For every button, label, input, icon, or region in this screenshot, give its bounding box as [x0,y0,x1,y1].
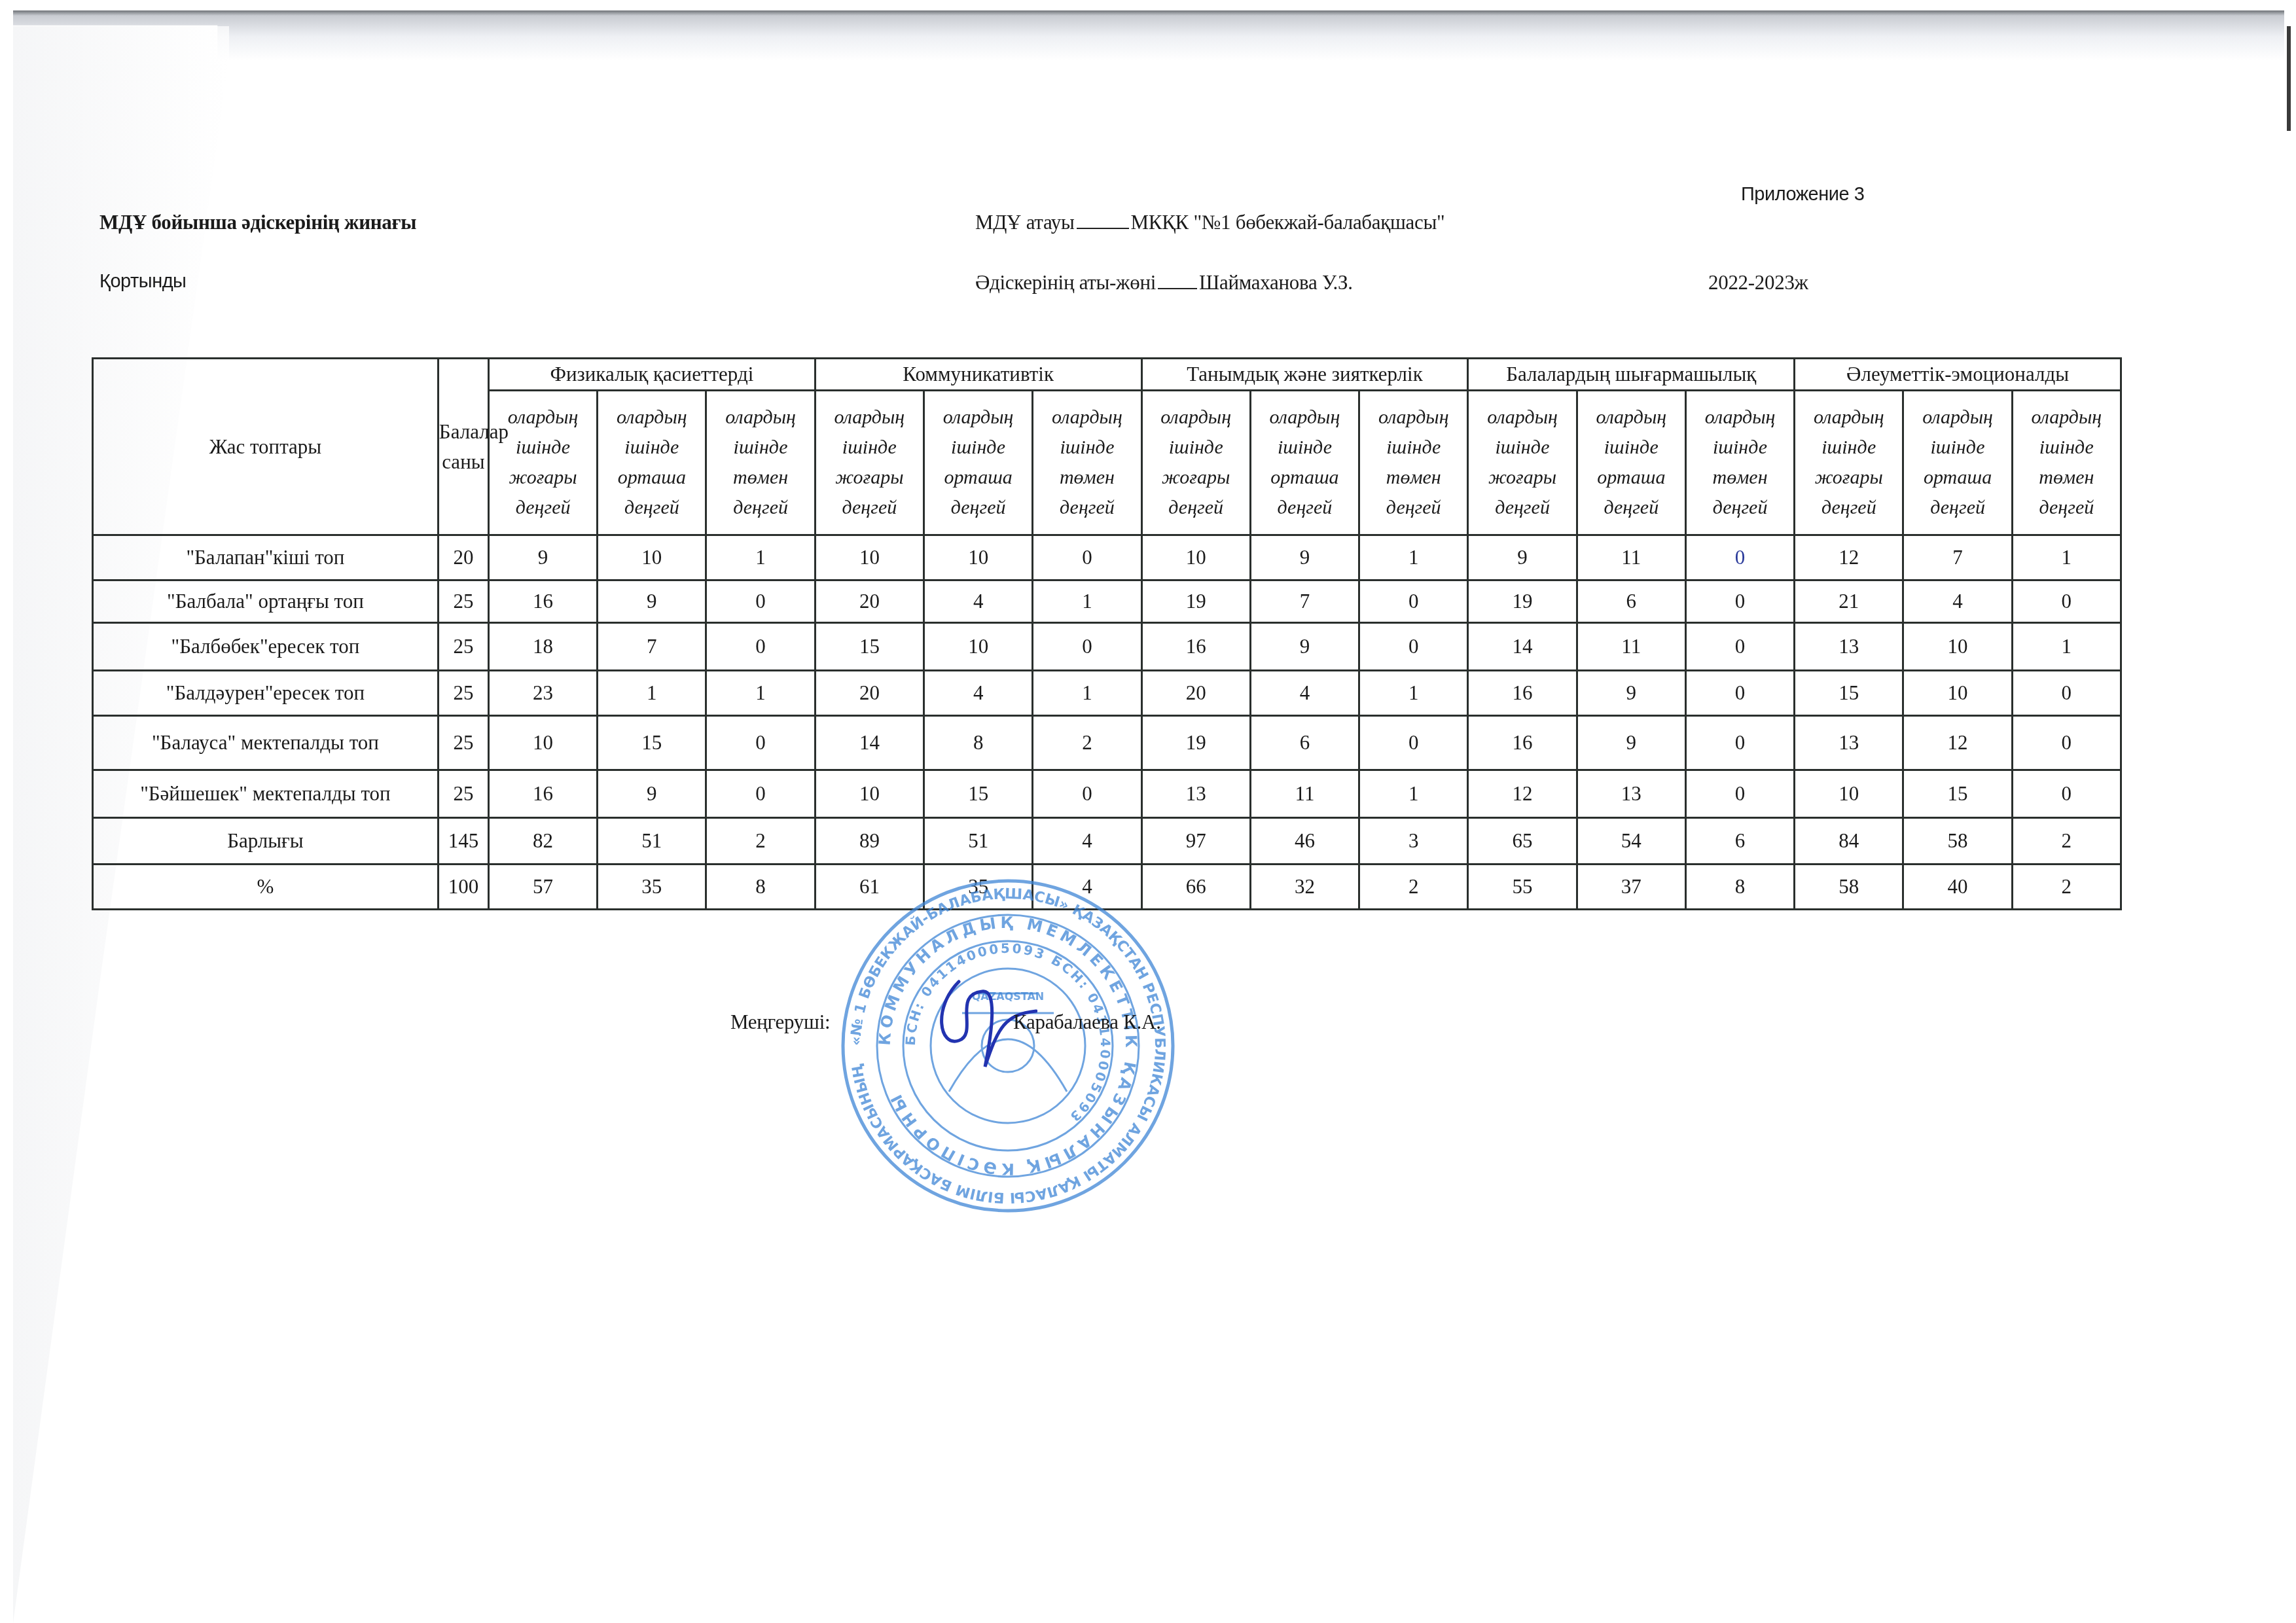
methodist-name: Шаймаханова У.З. [1199,271,1353,294]
area-header-socio-emotional: Әлеуметтік-эмоционалды [1795,359,2121,391]
level-count: 0 [1685,580,1794,623]
level-count: 0 [1033,770,1141,818]
level-count: 10 [815,535,924,580]
level-count: 10 [488,716,597,770]
area-header-row: Жас топтары Балалар саны Физикалық қасие… [93,359,2121,391]
age-group-name: "Балауса" мектепалды топ [93,716,439,770]
level-count: 18 [488,623,597,671]
level-count: 13 [1795,716,1903,770]
level-header: олардыңішіндежоғарыдеңгей [1468,391,1577,535]
level-count: 4 [924,671,1033,716]
level-count: 16 [488,580,597,623]
children-count: 25 [438,770,488,818]
level-count: 15 [1795,671,1903,716]
level-count: 7 [598,623,706,671]
level-count: 12 [1903,716,2012,770]
level-count: 16 [1141,623,1250,671]
level-count: 10 [1141,535,1250,580]
level-count: 10 [1903,623,2012,671]
level-count: 1 [706,535,815,580]
methodist-line: Әдіскерінің аты-жөніШаймаханова У.З. [975,271,1353,294]
level-count: 6 [1577,580,1685,623]
percent-row-value: 55 [1468,865,1577,910]
age-group-name: "Балбала" ортаңғы топ [93,580,439,623]
age-groups-header: Жас топтары [93,359,439,535]
table-row: "Балбала" ортаңғы топ2516902041197019602… [93,580,2121,623]
total-row-value: 3 [1359,818,1468,865]
table-row: "Бәйшешек" мектепалды топ251690101501311… [93,770,2121,818]
percent-row-value: 2 [1359,865,1468,910]
total-row-value: 84 [1795,818,1903,865]
level-count: 4 [1250,671,1359,716]
level-count: 0 [1685,716,1794,770]
level-count: 10 [924,535,1033,580]
fill-line [1158,271,1197,289]
percent-row-value: 40 [1903,865,2012,910]
level-count: 1 [1359,671,1468,716]
level-header: олардыңішіндежоғарыдеңгей [488,391,597,535]
level-count: 14 [1468,623,1577,671]
total-row-value: 2 [706,818,815,865]
methodist-label: Әдіскерінің аты-жөні [975,271,1156,294]
level-count: 19 [1468,580,1577,623]
children-count: 25 [438,623,488,671]
level-count: 15 [924,770,1033,818]
level-count: 11 [1250,770,1359,818]
level-header: олардыңішіндетөмендеңгей [1359,391,1468,535]
level-count: 13 [1795,623,1903,671]
level-count: 1 [1359,535,1468,580]
level-count: 4 [924,580,1033,623]
level-header: олардыңішіндежоғарыдеңгей [815,391,924,535]
level-header: олардыңішіндеорташадеңгей [1577,391,1685,535]
appendix-label: Приложение 3 [1741,184,1864,205]
level-count: 1 [1359,770,1468,818]
summary-label: Қортынды [99,271,186,293]
level-count: 0 [1359,580,1468,623]
level-count: 16 [488,770,597,818]
total-row-value: 89 [815,818,924,865]
area-header-creative: Балалардың шығармашылық [1468,359,1795,391]
level-count: 19 [1141,580,1250,623]
level-header: олардыңішіндежоғарыдеңгей [1141,391,1250,535]
level-count: 0 [1033,535,1141,580]
level-header: олардыңішіндетөмендеңгей [1685,391,1794,535]
children-count: 20 [438,535,488,580]
level-header: олардыңішіндеорташадеңгей [598,391,706,535]
level-count: 13 [1577,770,1685,818]
level-header: олардыңішіндетөмендеңгей [1033,391,1141,535]
level-count: 12 [1795,535,1903,580]
percent-row-value: 8 [1685,865,1794,910]
level-count: 7 [1903,535,2012,580]
signature-role: Меңгеруші: [730,1010,830,1034]
total-row-value: 58 [1903,818,2012,865]
percent-row-value: 37 [1577,865,1685,910]
academic-year: 2022-2023ж [1708,271,1808,294]
level-count: 2 [1033,716,1141,770]
total-row-value: 46 [1250,818,1359,865]
level-count: 0 [2012,671,2121,716]
table-row: "Балауса" мектепалды топ2510150148219601… [93,716,2121,770]
children-count: 25 [438,580,488,623]
level-count: 1 [2012,535,2121,580]
total-row-value: 51 [598,818,706,865]
table-row: "Балбөбек"ересек топ25187015100169014110… [93,623,2121,671]
level-count: 11 [1577,535,1685,580]
level-count: 11 [1577,623,1685,671]
organization-name: МКҚК "№1 бөбекжай-балабақшасы" [1131,211,1445,234]
scan-edge-right [2287,26,2291,131]
organization-line: МДҰ атауыМКҚК "№1 бөбекжай-балабақшасы" [975,211,1444,234]
level-count: 0 [1359,716,1468,770]
percent-row-value: 32 [1250,865,1359,910]
level-count: 9 [598,580,706,623]
level-count: 10 [815,770,924,818]
level-count: 1 [2012,623,2121,671]
total-row: Барлығы1458251289514974636554684582 [93,818,2121,865]
total-row-count: 145 [438,818,488,865]
level-count: 9 [1250,535,1359,580]
level-count: 23 [488,671,597,716]
level-count: 1 [598,671,706,716]
level-count: 9 [1250,623,1359,671]
level-count: 16 [1468,716,1577,770]
percent-row-value: 2 [2012,865,2121,910]
children-count-header: Балалар саны [438,359,488,535]
level-count: 16 [1468,671,1577,716]
total-row-value: 54 [1577,818,1685,865]
level-header: олардыңішіндеорташадеңгей [1250,391,1359,535]
percent-row-label: % [93,865,439,910]
level-count: 10 [1903,671,2012,716]
level-count: 0 [2012,770,2121,818]
area-header-cognitive: Танымдық және зияткерлік [1141,359,1468,391]
signature-name: Карабалаева К.А. [1013,1010,1161,1034]
level-count: 1 [1033,580,1141,623]
level-count: 0 [1033,623,1141,671]
level-count: 0 [1359,623,1468,671]
total-row-value: 97 [1141,818,1250,865]
children-count: 25 [438,716,488,770]
total-row-label: Барлығы [93,818,439,865]
level-header: олардыңішіндеорташадеңгей [1903,391,2012,535]
level-count: 13 [1141,770,1250,818]
percent-row-value: 58 [1795,865,1903,910]
children-count: 25 [438,671,488,716]
scan-shadow-top [13,10,2284,60]
total-row-value: 82 [488,818,597,865]
level-count: 9 [1577,671,1685,716]
level-count: 0 [2012,716,2121,770]
level-count: 1 [706,671,815,716]
level-count: 15 [815,623,924,671]
table-row: "Балапан"кіші топ20910110100109191101271 [93,535,2121,580]
total-row-value: 4 [1033,818,1141,865]
percent-row-count: 100 [438,865,488,910]
level-count: 0 [706,716,815,770]
level-count: 19 [1141,716,1250,770]
organization-label: МДҰ атауы [975,211,1075,234]
level-count: 1 [1033,671,1141,716]
total-row-value: 2 [2012,818,2121,865]
level-count: 10 [598,535,706,580]
level-count: 9 [1468,535,1577,580]
age-group-name: "Балапан"кіші топ [93,535,439,580]
level-count: 12 [1468,770,1577,818]
fill-line [1077,211,1129,229]
level-count: 0 [1685,623,1794,671]
level-header: олардыңішіндетөмендеңгей [2012,391,2121,535]
level-count: 9 [488,535,597,580]
table-row: "Балдәурен"ересек топ2523112041204116901… [93,671,2121,716]
level-header: олардыңішіндежоғарыдеңгей [1795,391,1903,535]
level-count: 0 [706,770,815,818]
results-table: Жас топтары Балалар саны Физикалық қасие… [92,357,2122,910]
age-group-name: "Балдәурен"ересек топ [93,671,439,716]
level-count: 0 [1685,671,1794,716]
total-row-value: 6 [1685,818,1794,865]
level-count: 0 [706,580,815,623]
total-row-value: 51 [924,818,1033,865]
level-count: 15 [598,716,706,770]
level-count: 0 [1685,770,1794,818]
percent-row-value: 8 [706,865,815,910]
level-count: 7 [1250,580,1359,623]
level-count: 21 [1795,580,1903,623]
percent-row-value: 35 [598,865,706,910]
total-row-value: 65 [1468,818,1577,865]
level-count: 20 [815,580,924,623]
area-header-communicative: Коммуникативтік [815,359,1141,391]
level-count: 14 [815,716,924,770]
level-count: 6 [1250,716,1359,770]
age-group-name: "Бәйшешек" мектепалды топ [93,770,439,818]
age-group-name: "Балбөбек"ересек топ [93,623,439,671]
level-count: 8 [924,716,1033,770]
level-count: 4 [1903,580,2012,623]
level-count: 10 [1795,770,1903,818]
level-count: 9 [1577,716,1685,770]
document-title: МДҰ бойынша әдіскерінің жинағы [99,211,416,234]
level-count: 0 [1685,535,1794,580]
level-count: 10 [924,623,1033,671]
level-count: 9 [598,770,706,818]
level-count: 20 [1141,671,1250,716]
level-count: 20 [815,671,924,716]
level-header: олардыңішіндеорташадеңгей [924,391,1033,535]
percent-row-value: 57 [488,865,597,910]
level-header: олардыңішіндетөмендеңгей [706,391,815,535]
level-count: 0 [706,623,815,671]
table-body: "Балапан"кіші топ20910110100109191101271… [93,535,2121,910]
level-count: 0 [2012,580,2121,623]
area-header-physical: Физикалық қасиеттерді [488,359,815,391]
level-count: 15 [1903,770,2012,818]
